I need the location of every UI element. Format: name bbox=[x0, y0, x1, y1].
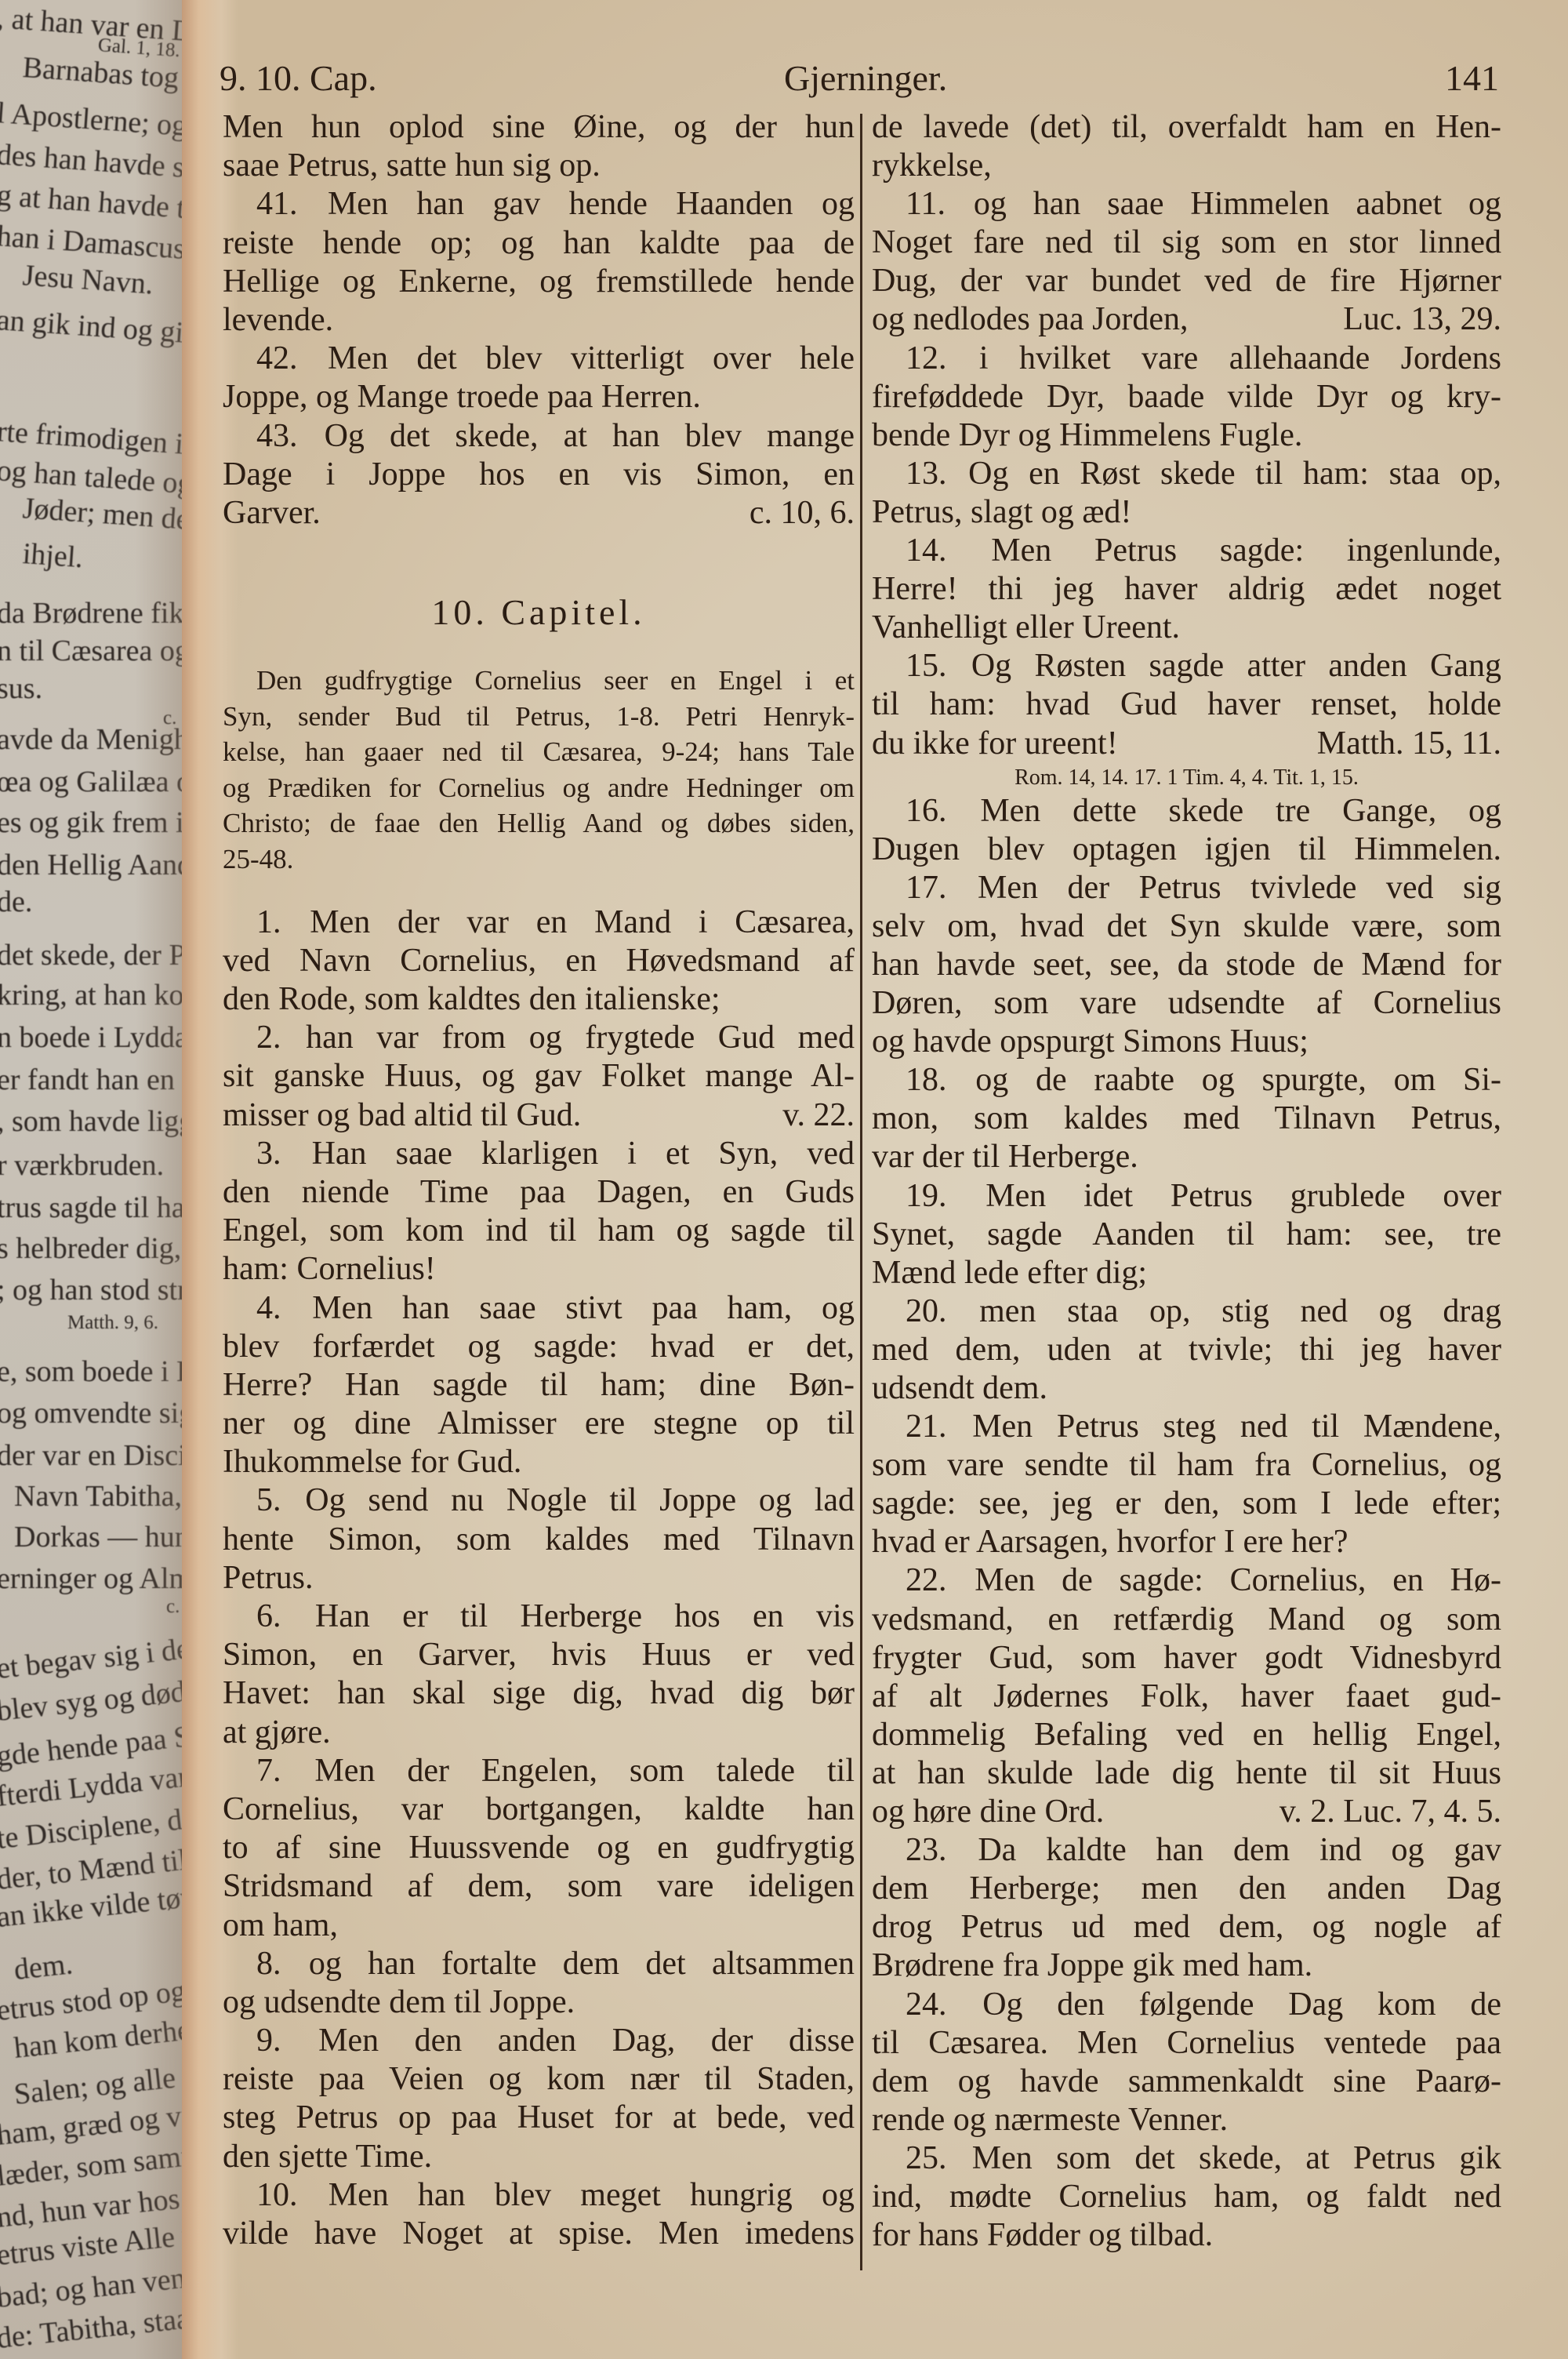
verse-number: 43. bbox=[256, 418, 298, 454]
verse-13: 13. Og en Røst skede til ham: staa op, P… bbox=[872, 455, 1501, 532]
verse-number: 20. bbox=[906, 1293, 947, 1329]
verse-line: 17. Men der Petrus tvivlede ved sig bbox=[872, 869, 1501, 907]
facing-page-line: , at han var en Disc bbox=[0, 2, 182, 49]
verse-number: 15. bbox=[906, 648, 947, 684]
verse-text: Og det skede, at han blev mange bbox=[325, 418, 855, 454]
verse-line: mon, som kaldes med Tilnavn Petrus, bbox=[872, 1100, 1501, 1138]
facing-page-line: sus. bbox=[0, 673, 42, 704]
verse-line: Dage i Joppe hos en vis Simon, en bbox=[223, 456, 855, 494]
verse-line: at han skulde lade dig hente til sit Huu… bbox=[872, 1754, 1501, 1793]
verse-15: 15. Og Røsten sagde atter anden Gang til… bbox=[872, 647, 1501, 791]
verse-line: reiste hende op; og han kaldte paa de bbox=[223, 224, 855, 263]
verse-text: Men der Petrus tvivlede ved sig bbox=[978, 870, 1501, 906]
verse-line: Vanhelligt eller Ureent. bbox=[872, 609, 1501, 647]
verse-text: Men han gav hende Haanden og bbox=[328, 186, 855, 222]
summary-line: 25-48. bbox=[223, 841, 855, 878]
verse-line: 4. Men han saae stivt paa ham, og bbox=[223, 1289, 855, 1328]
facing-page-line: den Hellig Aands bbox=[0, 849, 182, 881]
verse-line: Cornelius, var bortgangen, kaldte han bbox=[223, 1790, 855, 1829]
facing-page-line: Jesu Navn. bbox=[22, 260, 154, 300]
chapter-heading: 10. Capitel. bbox=[223, 585, 855, 640]
verse-line: Mænd lede efter dig; bbox=[872, 1254, 1501, 1292]
verse-text: Men den anden Dag, der disse bbox=[318, 2023, 855, 2059]
verse-20: 20. men staa op, stig ned og drag med de… bbox=[872, 1292, 1501, 1408]
facing-page-line: avde da Menigheden bbox=[0, 724, 182, 755]
cross-reference: Matth. 15, 11. bbox=[1317, 725, 1501, 763]
verse-23: 23. Da kaldte han dem ind og gav dem Her… bbox=[872, 1831, 1501, 1985]
verse-line: den sjette Time. bbox=[223, 2138, 855, 2176]
summary-line: kelse, han gaaer ned til Cæsarea, 9-24; … bbox=[223, 734, 855, 770]
verse-line: den Rode, som kaldtes den italienske; bbox=[223, 980, 855, 1019]
verse-line: af alt Jødernes Folk, haver faaet gud- bbox=[872, 1677, 1501, 1716]
verse-number: 17. bbox=[906, 870, 947, 906]
verse-21: 21. Men Petrus steg ned til Mændene, som… bbox=[872, 1408, 1501, 1561]
cross-reference: Luc. 13, 29. bbox=[1343, 300, 1501, 339]
verse-text: Men der var en Mand i Cæsarea, bbox=[310, 904, 855, 940]
verse-line: 5. Og send nu Nogle til Joppe og lad bbox=[223, 1481, 855, 1520]
verse-4: 4. Men han saae stivt paa ham, og blev f… bbox=[223, 1289, 855, 1482]
verse-line: rende og nærmeste Venner. bbox=[872, 2101, 1501, 2139]
verse-text: Men Petrus steg ned til Mændene, bbox=[972, 1408, 1501, 1445]
verse-line: 43. Og det skede, at han blev mange bbox=[223, 417, 855, 456]
verse-line: Dug, der var bundet ved de fire Hjørner bbox=[872, 262, 1501, 300]
verse-line: Garver.c. 10, 6. bbox=[223, 494, 855, 533]
facing-page-line: kring, at han kom og bbox=[0, 980, 182, 1011]
verse-line: 19. Men idet Petrus grublede over bbox=[872, 1177, 1501, 1216]
verse-text: og han saae Himmelen aabnet og bbox=[974, 186, 1501, 222]
verse-number: 14. bbox=[906, 533, 947, 569]
verse-text: Men han saae stivt paa ham, og bbox=[312, 1290, 855, 1326]
column-divider-rule bbox=[860, 114, 862, 2270]
verse-text: og de raabte og spurgte, om Si- bbox=[975, 1062, 1501, 1098]
verse-line: 8. og han fortalte dem det altsammen bbox=[223, 1945, 855, 1983]
verse-number: 5. bbox=[256, 1482, 281, 1518]
verse-line: Stridsmand af dem, som vare ideligen bbox=[223, 1867, 855, 1906]
verse-line: 7. Men der Engelen, som talede til bbox=[223, 1752, 855, 1790]
facing-page-line: der var en Discipelinde bbox=[0, 1440, 182, 1471]
verse-line: Hellige og Enkerne, og fremstillede hend… bbox=[223, 263, 855, 301]
verse-line: 42. Men det blev vitterligt over hele bbox=[223, 340, 855, 378]
verse-text: Og send nu Nogle til Joppe og lad bbox=[305, 1482, 855, 1518]
verse-number: 21. bbox=[906, 1408, 947, 1445]
verse-2: 2. han var from og frygtede Gud med sit … bbox=[223, 1019, 855, 1135]
left-column: Men hun oplod sine Øine, og der hun saae… bbox=[223, 108, 855, 2253]
facing-page-line: r værkbruden. bbox=[0, 1150, 164, 1181]
verse-text: han var from og frygtede Gud med bbox=[306, 1020, 855, 1056]
verse-line: rykkelse, bbox=[872, 147, 1501, 185]
facing-page-line: Jøder; men de toge bbox=[22, 493, 182, 540]
running-head-book-title: Gjerninger. bbox=[784, 56, 947, 100]
verse-line: 14. Men Petrus sagde: ingenlunde, bbox=[872, 532, 1501, 570]
verse-line: drog Petrus ud med dem, og nogle af bbox=[872, 1908, 1501, 1946]
verse-16: 16. Men dette skede tre Gange, og Dugen … bbox=[872, 792, 1501, 869]
verse-line: du ikke for ureent!Matth. 15, 11. bbox=[872, 725, 1501, 763]
verse-line: 20. men staa op, stig ned og drag bbox=[872, 1292, 1501, 1331]
verse-7: 7. Men der Engelen, som talede til Corne… bbox=[223, 1752, 855, 1945]
facing-page-line: an gik ind og gik ud bbox=[0, 304, 182, 352]
facing-page-line: det skede, der Petrus bbox=[0, 940, 182, 971]
verse-text: Da kaldte han dem ind og gav bbox=[978, 1832, 1501, 1868]
facing-page-line: er fandt han en Mand bbox=[0, 1064, 182, 1096]
page-number: 141 bbox=[1445, 56, 1499, 100]
verse-43: 43. Og det skede, at han blev mange Dage… bbox=[223, 417, 855, 533]
verse-number: 24. bbox=[906, 1986, 947, 2023]
verse-line: Men hun oplod sine Øine, og der hun bbox=[223, 108, 855, 147]
verse-19: 19. Men idet Petrus grublede over Synet,… bbox=[872, 1177, 1501, 1292]
facing-page-line: trus sagde til ham: bbox=[0, 1192, 182, 1223]
facing-page-line: dem. bbox=[13, 1948, 74, 1986]
verse-line: ved Navn Cornelius, en Høvedsmand af bbox=[223, 942, 855, 980]
verse-line: saae Petrus, satte hun sig op. bbox=[223, 147, 855, 185]
verse-line: bende Dyr og Himmelens Fugle. bbox=[872, 416, 1501, 455]
verse-text: Men idet Petrus grublede over bbox=[985, 1178, 1501, 1214]
verse-25: 25. Men som det skede, at Petrus gik ind… bbox=[872, 2139, 1501, 2255]
verse-text: Men som det skede, at Petrus gik bbox=[972, 2140, 1501, 2176]
verse-number: 10. bbox=[256, 2177, 298, 2213]
verse-text: Og en Røst skede til ham: staa op, bbox=[968, 456, 1501, 492]
facing-page-line: de. bbox=[0, 886, 32, 918]
verse-line: vedsmand, en retfærdig Mand og som bbox=[872, 1601, 1501, 1639]
facing-page-cross-reference: Matth. 9, 6. bbox=[67, 1312, 158, 1334]
facing-page-line: ihjel. bbox=[22, 538, 85, 573]
facing-page-line: œa og Galilæa og Sa bbox=[0, 766, 182, 798]
verse-line: Havet: han skal sige dig, hvad dig bør bbox=[223, 1674, 855, 1713]
verse-line: 9. Men den anden Dag, der disse bbox=[223, 2022, 855, 2060]
verse-text: du ikke for ureent! bbox=[872, 725, 1118, 763]
verse-line: vilde have Noget at spise. Men imedens bbox=[223, 2215, 855, 2253]
verse-line: sit ganske Huus, og gav Folket mange Al- bbox=[223, 1057, 855, 1096]
summary-line: og Prædiken for Cornelius og andre Hedni… bbox=[223, 770, 855, 806]
facing-page-line: l Apostlerne; og han bbox=[0, 97, 182, 145]
verse-line: blev forfærdet og sagde: hvad er det, bbox=[223, 1328, 855, 1366]
verse-text: men staa op, stig ned og drag bbox=[979, 1293, 1501, 1329]
verse-line: 23. Da kaldte han dem ind og gav bbox=[872, 1831, 1501, 1870]
verse-line: at gjøre. bbox=[223, 1714, 855, 1752]
verse-18: 18. og de raabte og spurgte, om Si- mon,… bbox=[872, 1061, 1501, 1176]
verse-line: selv om, hvad det Syn skulde være, som bbox=[872, 907, 1501, 946]
facing-page-line: ; og han stod strax op. bbox=[0, 1274, 182, 1306]
verse-line: 25. Men som det skede, at Petrus gik bbox=[872, 2139, 1501, 2178]
verse-number: 7. bbox=[256, 1753, 281, 1789]
verse-line: reiste paa Veien og kom nær til Staden, bbox=[223, 2060, 855, 2099]
verse-42: 42. Men det blev vitterligt over hele Jo… bbox=[223, 340, 855, 416]
verse-line: 1. Men der var en Mand i Cæsarea, bbox=[223, 903, 855, 942]
verse-line: var der til Herberge. bbox=[872, 1138, 1501, 1176]
chapter-10-verses: 1. Men der var en Mand i Cæsarea, ved Na… bbox=[223, 903, 855, 2254]
verse-number: 12. bbox=[906, 340, 947, 376]
verse-text: Men Petrus sagde: ingenlunde, bbox=[991, 533, 1501, 569]
facing-page-line: da Brødrene fik det bbox=[0, 598, 182, 629]
verse-number: 25. bbox=[906, 2140, 947, 2176]
facing-page-line: e, som boede i Lydda og bbox=[0, 1356, 182, 1387]
verse-line: 15. Og Røsten sagde atter anden Gang bbox=[872, 647, 1501, 685]
carryover-verse: Men hun oplod sine Øine, og der hun saae… bbox=[223, 108, 855, 185]
verse-line: Petrus. bbox=[223, 1559, 855, 1598]
verse-line: 21. Men Petrus steg ned til Mændene, bbox=[872, 1408, 1501, 1446]
verse-line: 16. Men dette skede tre Gange, og bbox=[872, 792, 1501, 831]
facing-page-line: es og gik frem i bbox=[0, 807, 182, 838]
verse-line: Engel, som kom ind til ham og sagde til bbox=[223, 1212, 855, 1250]
carryover-verse: de lavede (det) til, overfaldt ham en He… bbox=[872, 108, 1501, 185]
verse-line: 11. og han saae Himmelen aabnet og bbox=[872, 185, 1501, 224]
verse-text: Men de sagde: Cornelius, en Hø- bbox=[975, 1562, 1501, 1598]
verse-text: Garver. bbox=[223, 494, 321, 533]
verse-41: 41. Men han gav hende Haanden og reiste … bbox=[223, 185, 855, 340]
verse-line: 12. i hvilket vare allehaande Jordens bbox=[872, 340, 1501, 378]
verse-12: 12. i hvilket vare allehaande Jordens fi… bbox=[872, 340, 1501, 455]
facing-page-line: n boede i Lydda. bbox=[0, 1022, 182, 1053]
verse-line: Joppe, og Mange troede paa Herren. bbox=[223, 378, 855, 416]
verse-6: 6. Han er til Herberge hos en vis Simon,… bbox=[223, 1598, 855, 1752]
verse-number: 6. bbox=[256, 1598, 281, 1634]
verse-number: 19. bbox=[906, 1178, 947, 1214]
chapter-summary: Den gudfrygtige Cornelius seer en Engel … bbox=[223, 663, 855, 878]
running-head-chapters: 9. 10. Cap. bbox=[220, 56, 377, 100]
verse-text: Han saae klarligen i et Syn, ved bbox=[312, 1136, 855, 1172]
verse-text: misser og bad altid til Gud. bbox=[223, 1096, 581, 1135]
verse-10: 10. Men han blev meget hungrig og vilde … bbox=[223, 2176, 855, 2253]
facing-page-cross-reference: c. 1 bbox=[163, 707, 182, 729]
verse-1: 1. Men der var en Mand i Cæsarea, ved Na… bbox=[223, 903, 855, 1020]
summary-line: Syn, sender Bud til Petrus, 1-8. Petri H… bbox=[223, 699, 855, 735]
facing-page-line: Barnabas tog ham til bbox=[22, 52, 182, 100]
verse-number: 9. bbox=[256, 2023, 281, 2059]
verse-line: 10. Men han blev meget hungrig og bbox=[223, 2176, 855, 2215]
verse-text: og høre dine Ord. bbox=[872, 1793, 1104, 1831]
verse-text: Men det blev vitterligt over hele bbox=[328, 340, 855, 376]
verse-line: den niende Time paa Dagen, en Guds bbox=[223, 1173, 855, 1212]
verse-line: Simon, en Garver, hvis Huus er ved bbox=[223, 1636, 855, 1674]
verse-line: 22. Men de sagde: Cornelius, en Hø- bbox=[872, 1561, 1501, 1600]
verse-line: 3. Han saae klarligen i et Syn, ved bbox=[223, 1135, 855, 1173]
verse-line: som vare sendte til ham fra Cornelius, o… bbox=[872, 1446, 1501, 1485]
verse-number: 2. bbox=[256, 1020, 281, 1056]
verse-line: til ham: hvad Gud haver renset, holde bbox=[872, 685, 1501, 724]
facing-page-line: et begav sig i de bbox=[0, 1633, 182, 1685]
verse-line: Ihukommelse for Gud. bbox=[223, 1443, 855, 1481]
verse-line: Herre? Han sagde til ham; dine Bøn- bbox=[223, 1366, 855, 1405]
verse-line: 18. og de raabte og spurgte, om Si- bbox=[872, 1061, 1501, 1100]
verse-line: dommelig Befaling ved en hellig Engel, bbox=[872, 1716, 1501, 1754]
verse-line: for hans Fødder og tilbad. bbox=[872, 2216, 1501, 2255]
verse-text: Men der Engelen, som talede til bbox=[314, 1753, 855, 1789]
verse-line: 2. han var from og frygtede Gud med bbox=[223, 1019, 855, 1057]
verse-text: Men dette skede tre Gange, og bbox=[980, 793, 1501, 829]
verse-line: sagde: see, jeg er den, som I lede efter… bbox=[872, 1485, 1501, 1523]
verse-line: Døren, som vare udsendte af Cornelius bbox=[872, 984, 1501, 1023]
verse-number: 16. bbox=[906, 793, 947, 829]
verse-text: Men han blev meget hungrig og bbox=[328, 2177, 855, 2213]
verse-line: Dugen blev optagen igjen til Himmelen. bbox=[872, 831, 1501, 869]
verse-line: dem Herberge; men den anden Dag bbox=[872, 1870, 1501, 1908]
verse-line: han havde seet, see, da stode de Mænd fo… bbox=[872, 946, 1501, 984]
facing-page-cross-reference: c. 1 bbox=[166, 1596, 182, 1618]
cross-reference: v. 2. Luc. 7, 4. 5. bbox=[1279, 1793, 1501, 1831]
verse-line: Noget fare ned til sig som en stor linne… bbox=[872, 224, 1501, 262]
verse-line: ham: Cornelius! bbox=[223, 1250, 855, 1289]
parallel-references: Rom. 14, 14. 17. 1 Tim. 4, 4. Tit. 1, 15… bbox=[872, 763, 1501, 792]
verse-number: 1. bbox=[256, 904, 281, 940]
verse-text: Og Røsten sagde atter anden Gang bbox=[971, 648, 1501, 684]
verse-22: 22. Men de sagde: Cornelius, en Hø- veds… bbox=[872, 1561, 1501, 1831]
verse-14: 14. Men Petrus sagde: ingenlunde, Herre!… bbox=[872, 532, 1501, 647]
facing-page-strip: , at han var en Disc Gal. 1, 18. Barnaba… bbox=[0, 0, 182, 2359]
verse-line: med dem, uden at tvivle; thi jeg haver bbox=[872, 1331, 1501, 1369]
verse-line: Herre! thi jeg haver aldrig ædet noget bbox=[872, 570, 1501, 609]
verse-line: og udsendte dem til Joppe. bbox=[223, 1983, 855, 2022]
verse-number: 42. bbox=[256, 340, 298, 376]
verse-text: Og den følgende Dag kom de bbox=[982, 1986, 1501, 2023]
verse-number: 4. bbox=[256, 1290, 281, 1326]
summary-line: Den gudfrygtige Cornelius seer en Engel … bbox=[223, 663, 855, 699]
verse-3: 3. Han saae klarligen i et Syn, ved den … bbox=[223, 1135, 855, 1289]
verse-number: 3. bbox=[256, 1136, 281, 1172]
facing-page-line: erninger og Almisser, bbox=[0, 1563, 182, 1594]
verse-line: Petrus, slagt og æd! bbox=[872, 493, 1501, 532]
verse-8: 8. og han fortalte dem det altsammen og … bbox=[223, 1945, 855, 2022]
summary-line: Christo; de faae den Hellig Aand og døbe… bbox=[223, 805, 855, 841]
verse-line: udsendt dem. bbox=[872, 1369, 1501, 1408]
verse-line: til Cæsarea. Men Cornelius ventede paa bbox=[872, 2024, 1501, 2063]
facing-page-line: og omvendte sig til bbox=[0, 1398, 182, 1429]
verse-text: og han fortalte dem det altsammen bbox=[309, 1946, 855, 1982]
verse-number: 18. bbox=[906, 1062, 947, 1098]
verse-17: 17. Men der Petrus tvivlede ved sig selv… bbox=[872, 869, 1501, 1061]
verse-line: ner og dine Almisser ere stegne op til bbox=[223, 1405, 855, 1443]
verse-line: 41. Men han gav hende Haanden og bbox=[223, 185, 855, 224]
verse-11: 11. og han saae Himmelen aabnet og Noget… bbox=[872, 185, 1501, 339]
facing-page-line: , som havde ligget otte bbox=[0, 1106, 182, 1137]
verse-line: og havde opspurgt Simons Huus; bbox=[872, 1023, 1501, 1061]
facing-page-line: g at han havde talet bbox=[0, 180, 182, 227]
facing-page-line: s helbreder dig, staa bbox=[0, 1233, 182, 1264]
cross-reference: c. 10, 6. bbox=[750, 494, 855, 533]
verse-text: i hvilket vare allehaande Jordens bbox=[979, 340, 1501, 376]
verse-text: og nedlodes paa Jorden, bbox=[872, 300, 1189, 339]
verse-line: Brødrene fra Joppe gik med ham. bbox=[872, 1946, 1501, 1985]
verse-line: to af sine Huussvende og en gudfrygtig bbox=[223, 1829, 855, 1867]
verse-number: 8. bbox=[256, 1946, 281, 1982]
verse-text: Han er til Herberge hos en vis bbox=[315, 1598, 855, 1634]
verse-line: steg Petrus op paa Huset for at bede, ve… bbox=[223, 2099, 855, 2137]
verse-line: om ham, bbox=[223, 1906, 855, 1945]
verse-line: levende. bbox=[223, 301, 855, 340]
verse-line: hente Simon, som kaldes med Tilnavn bbox=[223, 1521, 855, 1559]
verse-line: Synet, sagde Aanden til ham: see, tre bbox=[872, 1216, 1501, 1254]
verse-line: hvad er Aarsagen, hvorfor I ere her? bbox=[872, 1523, 1501, 1561]
verse-line: 24. Og den følgende Dag kom de bbox=[872, 1986, 1501, 2024]
verse-line: de lavede (det) til, overfaldt ham en He… bbox=[872, 108, 1501, 147]
verse-line: fireføddede Dyr, baade vilde Dyr og kry- bbox=[872, 378, 1501, 416]
verse-line: og høre dine Ord.v. 2. Luc. 7, 4. 5. bbox=[872, 1793, 1501, 1831]
verse-number: 23. bbox=[906, 1832, 947, 1868]
verse-number: 41. bbox=[256, 186, 298, 222]
verse-line: 13. Og en Røst skede til ham: staa op, bbox=[872, 455, 1501, 493]
verse-9: 9. Men den anden Dag, der disse reiste p… bbox=[223, 2022, 855, 2176]
facing-page-line: des han havde seet bbox=[0, 139, 182, 186]
cross-reference: v. 22. bbox=[782, 1096, 855, 1135]
verse-line: frygter Gud, som haver godt Vidnesbyrd bbox=[872, 1639, 1501, 1677]
verse-5: 5. Og send nu Nogle til Joppe og lad hen… bbox=[223, 1481, 855, 1598]
facing-page-line: Navn Tabitha, — bbox=[14, 1481, 182, 1512]
verse-line: 6. Han er til Herberge hos en vis bbox=[223, 1598, 855, 1636]
verse-number: 22. bbox=[906, 1562, 947, 1598]
verse-24: 24. Og den følgende Dag kom de til Cæsar… bbox=[872, 1986, 1501, 2139]
verse-line: ind, mødte Cornelius ham, og faldt ned bbox=[872, 2178, 1501, 2216]
verse-line: misser og bad altid til Gud.v. 22. bbox=[223, 1096, 855, 1135]
facing-page-line: n til Cæsarea og sende bbox=[0, 635, 182, 667]
verse-number: 11. bbox=[906, 186, 946, 222]
right-column: de lavede (det) til, overfaldt ham en He… bbox=[872, 108, 1501, 2255]
verse-line: dem og havde sammenkaldt sine Paarø- bbox=[872, 2063, 1501, 2101]
verse-number: 13. bbox=[906, 456, 947, 492]
facing-page-line: Dorkas — hun var bbox=[14, 1521, 182, 1553]
verse-line: og nedlodes paa Jorden,Luc. 13, 29. bbox=[872, 300, 1501, 339]
